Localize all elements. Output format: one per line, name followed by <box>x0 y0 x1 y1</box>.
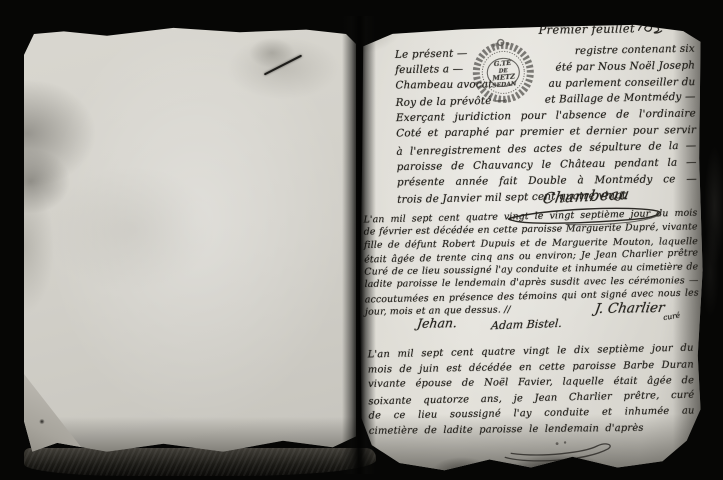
signature-adam-bistel: Adam Bistel. <box>491 317 563 332</box>
line-fragment-right: registre contenant six <box>575 41 695 60</box>
line-fragment-left: Le présent — <box>395 45 468 63</box>
signature-jehan: Jehan. <box>416 315 458 331</box>
binding-gutter-shadow <box>342 16 376 474</box>
left-page <box>24 20 356 456</box>
burial-act-june: L'an mil sept cent quatre vingt le dix s… <box>368 341 695 439</box>
page-fold-corner <box>24 374 88 456</box>
manuscript-content: Premier feuillet G.TÉ DE METZ SEDAN <box>355 21 708 474</box>
page-heading-label: Premier feuillet <box>538 21 635 37</box>
stamp-text-1: G.TÉ <box>493 58 512 69</box>
page-heading: Premier feuillet <box>538 20 664 38</box>
microfilm-scan: Premier feuillet G.TÉ DE METZ SEDAN <box>0 0 723 480</box>
book-board-edge <box>24 448 376 476</box>
end-flourish-icon <box>499 434 631 466</box>
opening-act: Le présent —registre contenant sixfeuill… <box>395 41 697 207</box>
background-smudge <box>702 130 723 320</box>
stamp-text-4: SEDAN <box>492 80 517 89</box>
signature-charlier: J. Charlier <box>594 300 666 317</box>
signature-charlier-title: curé <box>662 311 680 323</box>
line-fragment-left: feuillets a — <box>395 61 463 78</box>
heading-paraph-icon <box>638 20 664 36</box>
right-page: Premier feuillet G.TÉ DE METZ SEDAN <box>358 24 704 472</box>
fiscal-stamp-icon: G.TÉ DE METZ SEDAN <box>464 34 542 108</box>
line-fragment-right: été par Nous Noël Joseph <box>555 57 695 75</box>
